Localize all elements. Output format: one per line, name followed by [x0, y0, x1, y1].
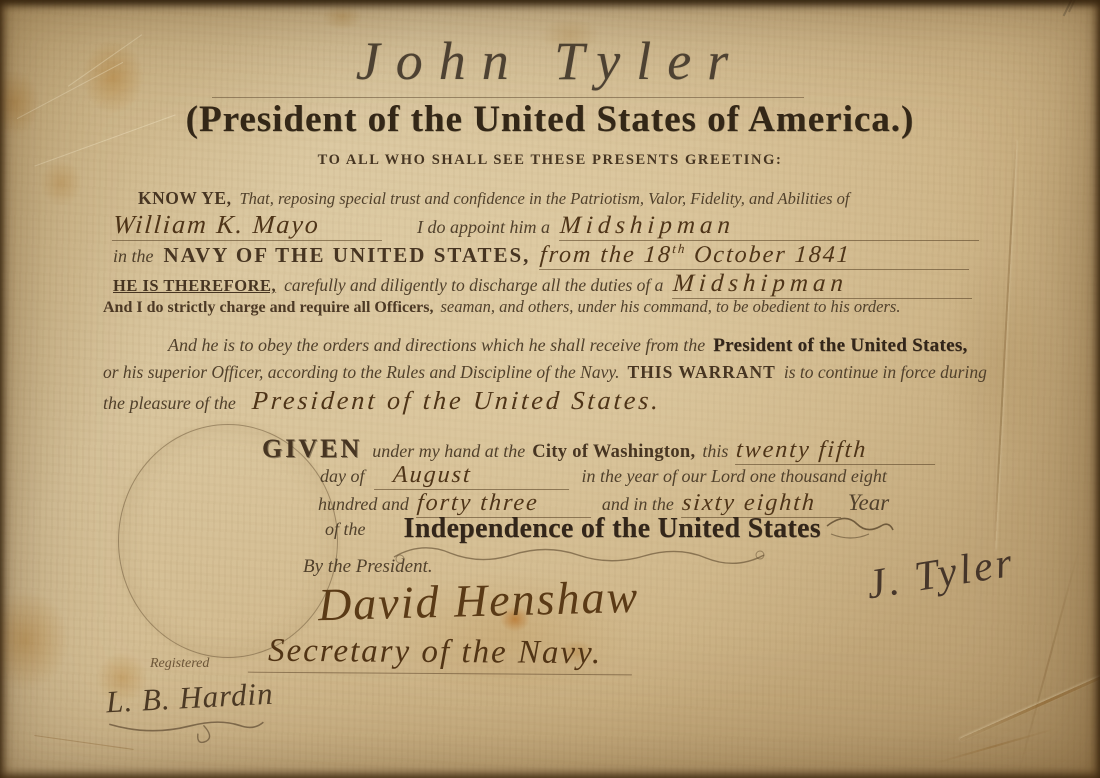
- know-ye-label: KNOW YE,: [138, 188, 231, 209]
- president-name-script: John Tyler: [0, 30, 1100, 92]
- greeting-text: TO ALL WHO SHALL SEE THESE PRESENTS GREE…: [318, 152, 783, 169]
- greeting-line: TO ALL WHO SHALL SEE THESE PRESENTS GREE…: [0, 152, 1100, 169]
- secretary-title: Secretary of the Navy.: [248, 633, 632, 676]
- trust-clause: That, reposing special trust and confide…: [239, 189, 849, 209]
- given-line: GIVEN under my hand at the City of Washi…: [262, 434, 936, 465]
- registrar-signature: L. B. Hardin: [105, 676, 274, 721]
- crease: [960, 661, 1100, 741]
- given-clause: under my hand at the: [372, 441, 525, 462]
- independence-underflourish: [390, 545, 770, 571]
- month-line: day of August in the year of our Lord on…: [320, 462, 887, 490]
- document-photo: John Tyler (President of the United Stat…: [0, 0, 1100, 778]
- of-the: of the: [325, 519, 366, 540]
- president-signature: J. Tyler: [863, 539, 1018, 610]
- navy-title: NAVY OF THE UNITED STATES,: [164, 243, 531, 268]
- date-prefix: from the 18: [540, 242, 674, 268]
- day-of: day of: [320, 466, 365, 487]
- in-the: in the: [113, 246, 154, 267]
- stain: [322, 4, 362, 30]
- registered-label: Registered: [150, 656, 209, 672]
- rank-fill-1: Midshipman: [559, 212, 981, 241]
- registered-line: Registered: [150, 656, 209, 672]
- city-of-washington: City of Washington,: [532, 442, 695, 463]
- obey-line-3: the pleasure of the President of the Uni…: [103, 386, 661, 416]
- appointee-name: William K. Mayo: [112, 210, 384, 241]
- stain: [0, 590, 70, 690]
- charge-roman: And I do strictly charge and require all…: [103, 299, 434, 317]
- pleasure-fill: President of the United States.: [251, 386, 662, 416]
- rank-fill-2: Midshipman: [672, 270, 974, 299]
- crease: [993, 140, 1016, 550]
- president-name: John Tyler: [356, 30, 744, 92]
- obey-script-2a: or his superior Officer, according to th…: [103, 362, 620, 383]
- given-word: GIVEN: [262, 434, 362, 464]
- president-us-gothic: President of the United States,: [713, 335, 967, 357]
- charge-line: And I do strictly charge and require all…: [103, 297, 900, 317]
- obey-script-1: And he is to obey the orders and directi…: [168, 335, 705, 356]
- flourish-right: [825, 514, 895, 544]
- duties-clause: carefully and diligently to discharge al…: [284, 275, 663, 296]
- office-line: (President of the United States of Ameri…: [0, 98, 1100, 141]
- hundred-and: hundred and: [318, 494, 409, 515]
- obey-line-1: And he is to obey the orders and directi…: [168, 335, 968, 357]
- independence-line: of the Independence of the United States: [325, 513, 895, 545]
- president-signature-text: J. Tyler: [863, 540, 1018, 609]
- pencil-mark: [1063, 0, 1074, 16]
- obey-script-2b: is to continue in force during: [784, 362, 987, 383]
- date-rest: October 1841: [686, 242, 852, 268]
- therefore-line: HE IS THEREFORE, carefully and diligentl…: [113, 270, 973, 299]
- secretary-title-text: Secretary of the Navy.: [268, 633, 602, 671]
- secretary-signature-text: David Henshaw: [317, 571, 639, 630]
- this-word: this: [702, 441, 728, 462]
- secretary-signature: David Henshaw: [317, 570, 639, 631]
- day-fill: twenty fifth: [735, 437, 937, 465]
- year-clause: in the year of our Lord one thousand eig…: [582, 466, 887, 487]
- crease: [932, 727, 1058, 765]
- charge-italic: seaman, and others, under his command, t…: [441, 297, 901, 317]
- know-ye-line: KNOW YE, That, reposing special trust an…: [138, 188, 849, 209]
- appointee-line: William K. Mayo I do appoint him a Midsh…: [113, 210, 980, 241]
- month-fill: August: [374, 462, 571, 490]
- independence-title: Independence of the United States: [404, 513, 821, 545]
- office-title: (President of the United States of Ameri…: [186, 98, 915, 141]
- date-fill: from the 18th October 1841: [539, 241, 971, 270]
- navy-line: in the NAVY OF THE UNITED STATES, from t…: [113, 241, 970, 270]
- appoint-clause: I do appoint him a: [417, 217, 550, 238]
- and-in-the: and in the: [602, 494, 674, 515]
- crease: [1017, 544, 1081, 776]
- this-warrant: THIS WARRANT: [628, 362, 776, 383]
- obey-script-3: the pleasure of the: [103, 393, 236, 414]
- obey-line-2: or his superior Officer, according to th…: [103, 362, 987, 383]
- he-is-therefore: HE IS THEREFORE,: [113, 276, 276, 296]
